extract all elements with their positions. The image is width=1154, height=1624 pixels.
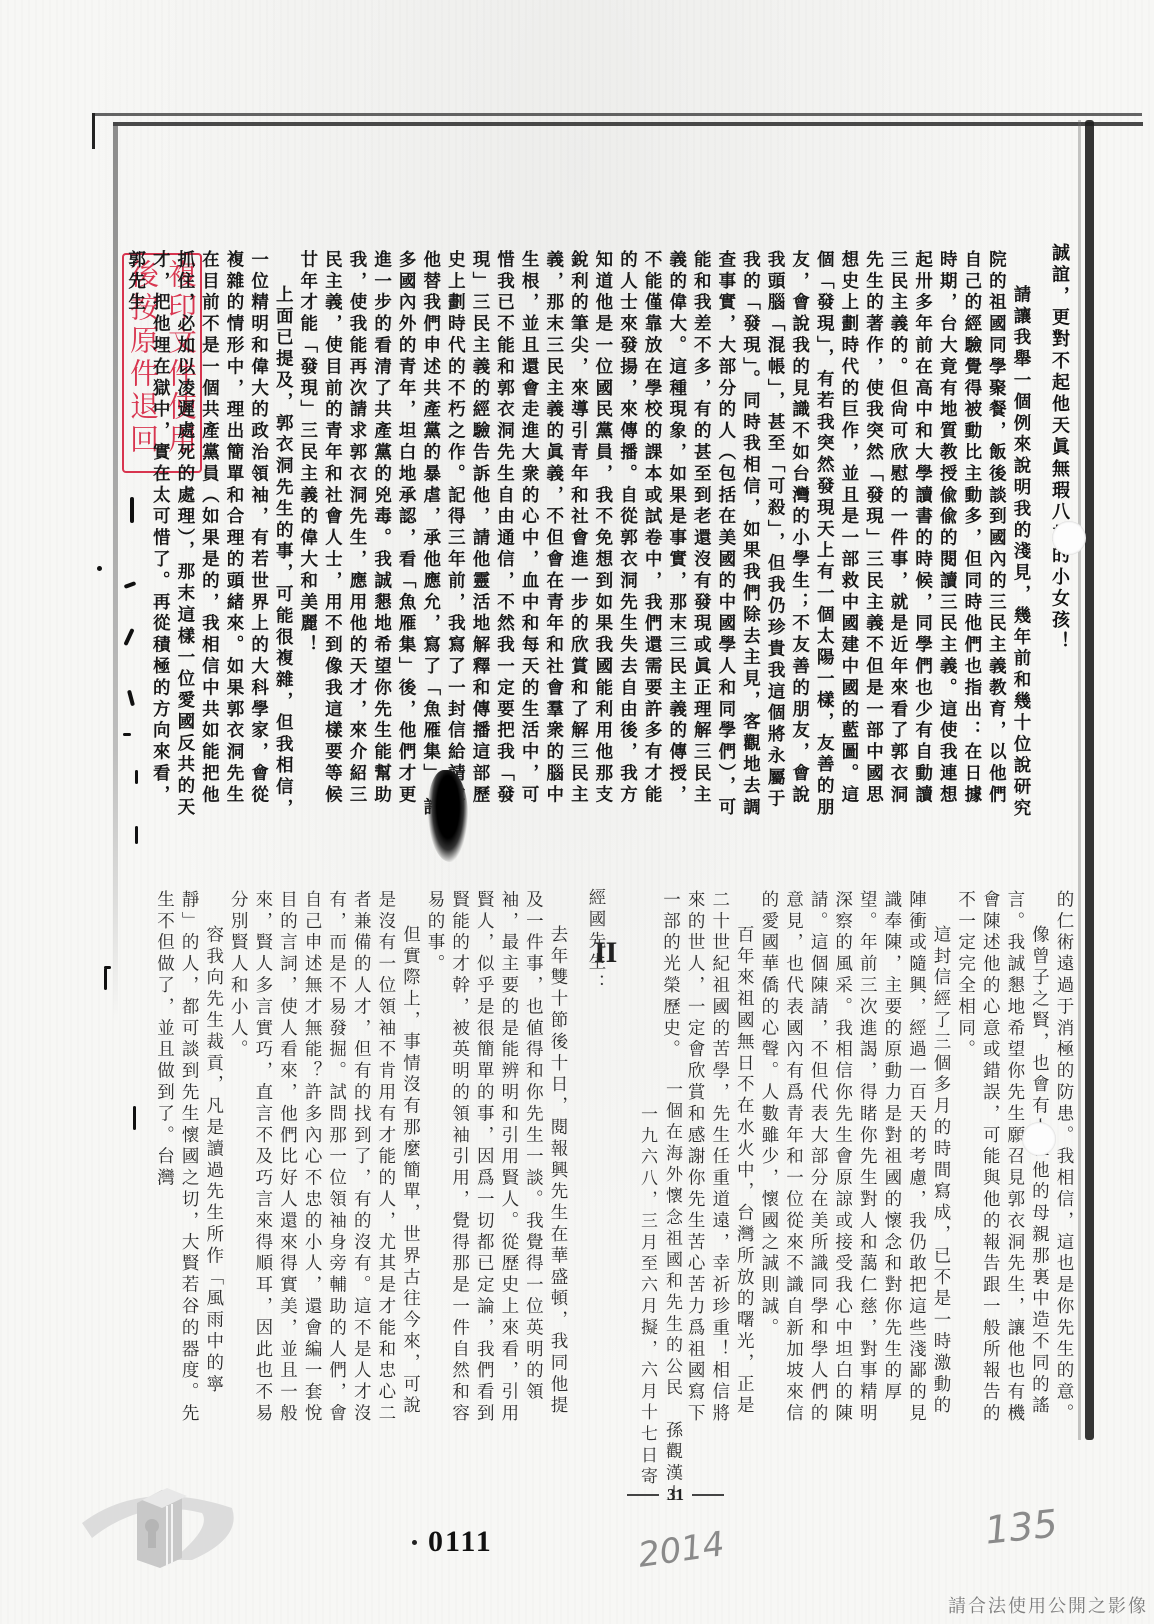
paragraph: 容我向先生裁貢，凡是讀過先生所作「風雨中的寧靜」的人，都可談到先生懷國之切，大賢… <box>152 890 226 1425</box>
paragraph: 去年雙十節後十日，閱報興先生在華盛頓，我同他提及一件事，也値得和你先生一談。我覺… <box>422 890 570 1425</box>
paragraph: 請讓我舉一個例來說明我的淺見，幾年前和幾十位說研究院的祖國同學聚餐，飯後談到國內… <box>295 250 1033 824</box>
frame-line-left-inner <box>113 122 118 1022</box>
signature-line: 一個在海外懷念祖國和先生的公民 孫觀漢上 <box>660 1080 685 1506</box>
dash-right <box>692 1494 724 1496</box>
pencil-note-135: 135 <box>983 1501 1060 1552</box>
left-lower-text: 去年雙十節後十日，閱報興先生在華盛頓，我同他提及一件事，也値得和你先生一談。我覺… <box>250 890 570 1425</box>
upper-body-text: 請讓我舉一個例來說明我的淺見，幾年前和幾十位說研究院的祖國同學聚餐，飯後談到國內… <box>243 250 1033 824</box>
salutation: 經國先生： <box>584 888 609 996</box>
date-line: 一九六八，三月至六月擬，六月十七日寄 <box>635 1105 660 1488</box>
ink-blot <box>428 770 468 862</box>
page-number-text: 31 <box>667 1485 684 1505</box>
archive-number: 0111 <box>428 1525 493 1559</box>
paragraph: 這封信經了三個多月的時間寫成，已不是一時激動的陣衝或隨興，經過一百天的考慮，我仍… <box>756 890 953 1425</box>
archive-dot <box>412 1540 417 1545</box>
paragraph: 像曾子之賢，也會有人在他的母親那裏中造不同的謠言。我誠懇地希望你先生願召見郭衣洞… <box>953 890 1051 1425</box>
binding-edge-shadow <box>1078 120 1081 1440</box>
paragraph: 的仁術遠過于消極的防患。我相信，這也是你先生的意。 <box>1051 890 1076 1425</box>
top-heading: 誠誼，更對不起他天眞無瑕八歲的小女孩！ <box>1046 243 1072 653</box>
frame-corner-left <box>92 113 95 149</box>
frame-line-top-outer <box>92 113 1142 116</box>
right-lower-text: 的仁術遠過于消極的防患。我相信，這也是你先生的意。 像曾子之賢，也會有人在他的母… <box>740 890 1076 1425</box>
binding-edge-line <box>1085 120 1094 1440</box>
page-number: 31 <box>627 1485 724 1505</box>
footer-notice: 請合法使用公開之影像 <box>948 1592 1148 1618</box>
punch-hole <box>1052 521 1086 555</box>
paragraph: 上面已提及，郭衣洞先生的事，可能很複雜，但我相信，一位精明和偉大的政治領袖，有若… <box>123 250 295 824</box>
paragraph: 但實際上，事情沒有那麼簡單，世界古往今來，可說是沒有一位領袖不肯用有才能的人，尤… <box>226 890 423 1425</box>
pencil-note-2014: 2014 <box>636 1524 727 1576</box>
punch-hole <box>1022 1122 1056 1156</box>
frame-line-top-inner <box>113 122 1143 126</box>
dash-left <box>627 1494 659 1496</box>
archive-logo-icon <box>82 1468 242 1568</box>
